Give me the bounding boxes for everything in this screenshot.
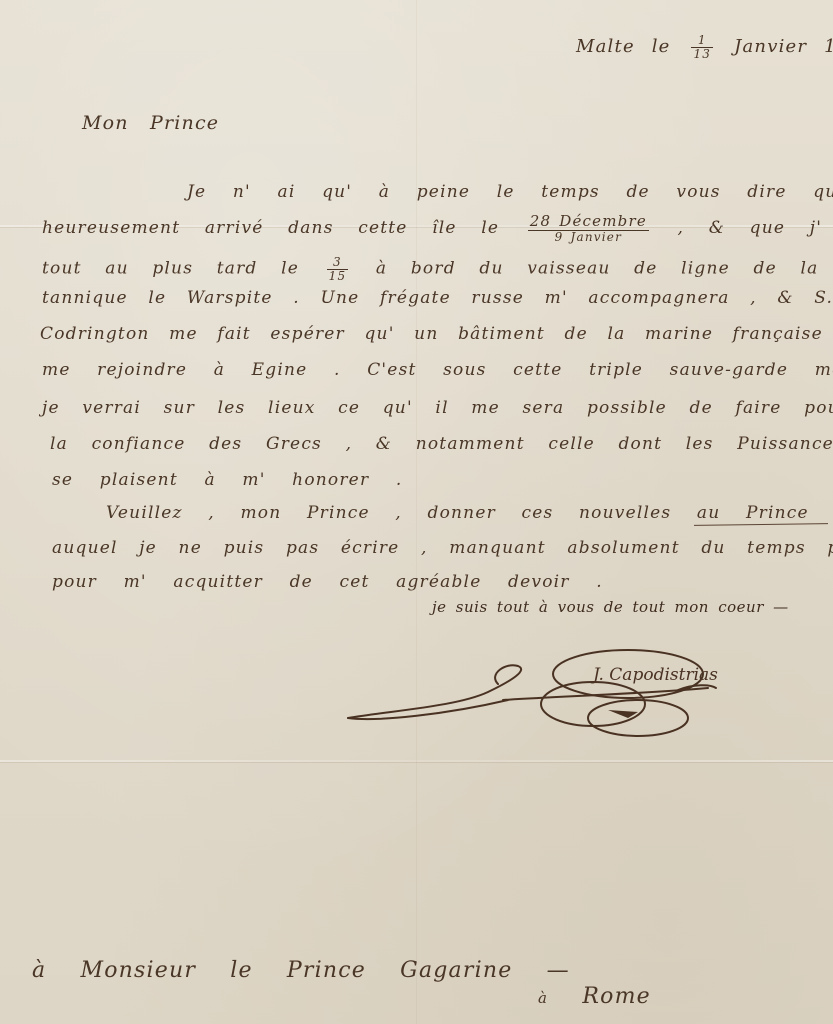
gortchakoff-underline <box>694 523 828 526</box>
dateline-month-year: Janvier 1828 <box>734 36 833 57</box>
letter-page: Malte le 1 13 Janvier 1828 Mon Prince Je… <box>0 0 833 1024</box>
address-recipient: à Monsieur le Prince Gagarine — <box>32 960 570 982</box>
dateline-day-fraction: 1 13 <box>691 34 713 60</box>
date-fraction-departure: 3 15 <box>327 256 349 282</box>
salutation: Mon Prince <box>82 114 219 133</box>
address-city: à Rome <box>538 986 651 1008</box>
svg-text:J. Capodistrias: J. Capodistrias <box>590 665 718 685</box>
body-line-11: auquel je ne puis pas écrire , manquant … <box>52 540 833 557</box>
body-line-4: tannique le Warspite . Une frégate russe… <box>42 290 833 307</box>
closing-phrase: je suis tout à vous de tout mon coeur — <box>432 600 789 615</box>
body-line-10: Veuillez , mon Prince , donner ces nouve… <box>106 505 833 522</box>
dateline: Malte le 1 13 Janvier 1828 <box>576 34 833 60</box>
signature: J. Capodistrias <box>338 640 718 744</box>
address-city-name: Rome <box>582 984 651 1009</box>
dateline-place: Malte le <box>576 36 671 57</box>
signature-flourish-icon: J. Capodistrias <box>338 640 718 740</box>
body-line-9: se plaisent à m' honorer . <box>52 472 402 489</box>
body-line-1: Je n' ai qu' à peine le temps de vous di… <box>187 184 833 201</box>
address-city-prefix: à <box>538 989 548 1007</box>
body-line-8: la confiance des Grecs , & notamment cel… <box>50 436 833 453</box>
body-line-5: Codrington me fait espérer qu' un bâtime… <box>40 326 833 343</box>
body-line-2: heureusement arrivé dans cette île le 28… <box>42 214 833 243</box>
body-line-12: pour m' acquitter de cet agréable devoir… <box>52 574 603 591</box>
date-fraction-arrival: 28 Décembre 9 Janvier <box>528 214 649 243</box>
body-line-6: me rejoindre à Egine . C'est sous cette … <box>42 362 833 379</box>
body-line-7: je verrai sur les lieux ce qu' il me ser… <box>42 400 833 417</box>
body-line-3: tout au plus tard le 3 15 à bord du vais… <box>42 256 833 282</box>
